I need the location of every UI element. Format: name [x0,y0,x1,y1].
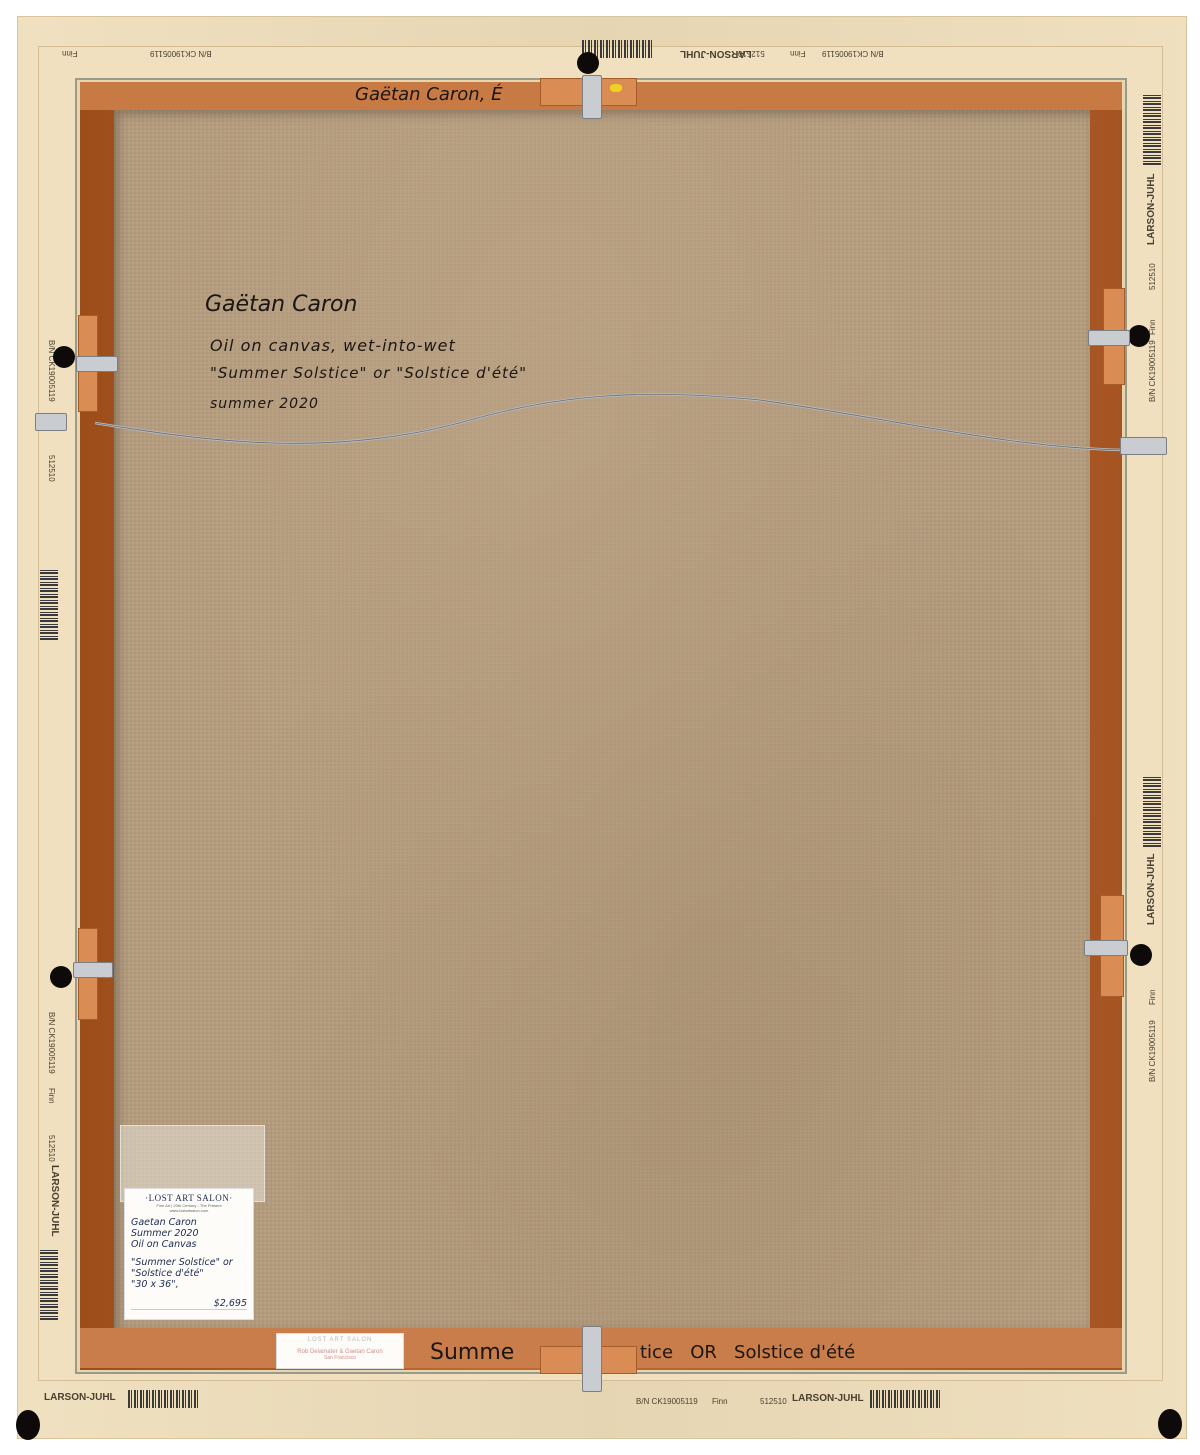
gallery-label-date: Summer 2020 [131,1228,247,1239]
offset-clip-top [582,75,602,119]
bumper-corner-bottom-left [16,1410,40,1440]
offset-clip-right-bottom [1084,940,1128,956]
bottom-label-header: LOST ART SALON [280,1337,400,1343]
bumper-right-top [1128,325,1150,347]
gallery-label: ·LOST ART SALON· Fine Art | 20th Century… [124,1188,254,1320]
gallery-label-title-2: "Solstice d'été" [131,1268,247,1279]
bumper-left-top [53,346,75,368]
bumper-right-bottom [1130,944,1152,966]
gallery-label-url: www.lostartsalon.com [131,1208,247,1213]
bumper-corner-bottom-right [1158,1409,1182,1439]
offset-clip-bottom [582,1326,602,1392]
gallery-label-artist: Gaetan Caron [131,1217,247,1228]
bumper-top [577,52,599,74]
gallery-label-title-1: "Summer Solstice" or [131,1257,247,1268]
d-ring-left [35,413,67,431]
offset-clip-right-top [1088,330,1130,346]
bottom-label-line2: San Francisco [280,1355,400,1361]
gallery-label-medium: Oil on Canvas [131,1239,247,1250]
gallery-label-header: ·LOST ART SALON· [131,1193,247,1203]
d-ring-right [1120,437,1167,455]
offset-clip-left-top [76,356,118,372]
yellow-paint-spot [610,84,622,92]
bumper-left-bottom [50,966,72,988]
offset-clip-left-bottom [73,962,113,978]
gallery-label-price: $2,695 [131,1298,247,1310]
gallery-label-size: "30 x 36", [131,1279,247,1290]
bottom-label: LOST ART SALON Rob Delamater & Gaetan Ca… [276,1333,404,1369]
